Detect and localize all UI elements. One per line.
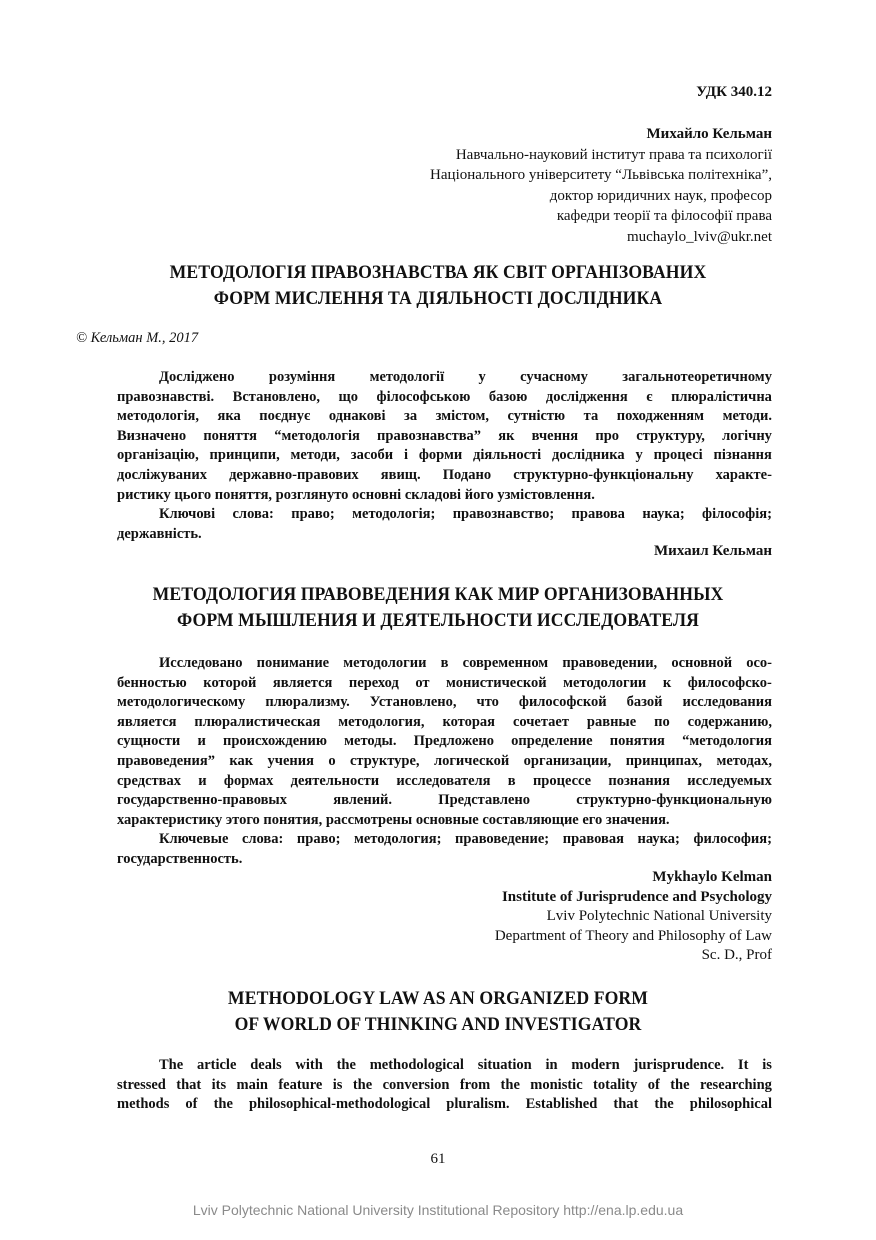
- abstract-line: сущностиипроисхождениюметоды.Предложеноо…: [117, 732, 772, 752]
- affiliation-line: Lviv Polytechnic National University: [495, 907, 772, 927]
- udc-code: УДК 340.12: [696, 84, 772, 101]
- abstract-line: досліжуванихдержавно-правовихявищ.Подано…: [117, 466, 772, 486]
- title-ru: МЕТОДОЛОГИЯ ПРАВОВЕДЕНИЯ КАК МИР ОРГАНИЗ…: [31, 582, 846, 634]
- abstract-ua: Дослідженорозумінняметодологіїусучасному…: [117, 368, 772, 544]
- author-email[interactable]: muchaylo_lviv@ukr.net: [430, 227, 772, 248]
- title-line: МЕТОДОЛОГІЯ ПРАВОЗНАВСТВА ЯК СВІТ ОРГАНІ…: [31, 260, 846, 286]
- page-number: 61: [0, 1151, 876, 1168]
- abstract-line: правознавстві.Встановлено,щофілософською…: [117, 388, 772, 408]
- title-line: ФОРМ МЫШЛЕНИЯ И ДЕЯТЕЛЬНОСТИ ИССЛЕДОВАТЕ…: [31, 608, 846, 634]
- abstract-line: правоведения”какученияоструктуре,логичес…: [117, 752, 772, 772]
- affiliation-line: Department of Theory and Philosophy of L…: [495, 927, 772, 947]
- keywords-line: Ключевыеслова:право;методология;правовед…: [117, 830, 772, 850]
- abstract-line: характеристику этого понятия, рассмотрен…: [117, 811, 772, 831]
- institute-en: Institute of Jurisprudence and Psycholog…: [495, 888, 772, 908]
- author-name-en: Mykhaylo Kelman: [495, 868, 772, 888]
- affiliation-line: Sc. D., Prof: [495, 946, 772, 966]
- abstract-line: являетсяплюралистическаяметодология,кото…: [117, 713, 772, 733]
- title-line: OF WORLD OF THINKING AND INVESTIGATOR: [31, 1012, 846, 1038]
- abstract-line: methodsofthephilosophical-methodological…: [117, 1095, 772, 1115]
- title-line: METHODOLOGY LAW AS AN ORGANIZED FORM: [31, 986, 846, 1012]
- affiliation-line: Навчально-науковий інститут права та пси…: [430, 145, 772, 166]
- title-line: МЕТОДОЛОГИЯ ПРАВОВЕДЕНИЯ КАК МИР ОРГАНИЗ…: [31, 582, 846, 608]
- abstract-line: організацію,принципи,методи,засобиіформи…: [117, 446, 772, 466]
- abstract-ru: Исследованопониманиеметодологиивсовремен…: [117, 654, 772, 870]
- abstract-line: Визначенопоняття“методологіяправознавств…: [117, 427, 772, 447]
- author-affiliation-ua: Михайло Кельман Навчально-науковий інсти…: [430, 124, 772, 247]
- keywords-line: державність.: [117, 525, 772, 545]
- affiliation-line: кафедри теорії та філософії права: [430, 206, 772, 227]
- title-ua: МЕТОДОЛОГІЯ ПРАВОЗНАВСТВА ЯК СВІТ ОРГАНІ…: [31, 260, 846, 312]
- title-en: METHODOLOGY LAW AS AN ORGANIZED FORM OF …: [31, 986, 846, 1038]
- repository-footer[interactable]: Lviv Polytechnic National University Ins…: [0, 1202, 876, 1218]
- abstract-line: Дослідженорозумінняметодологіїусучасному…: [117, 368, 772, 388]
- affiliation-line: доктор юридичних наук, професор: [430, 186, 772, 207]
- abstract-line: бенностьюкоторойявляетсяпереходотмонисти…: [117, 674, 772, 694]
- abstract-line: государственно-правовыхявлений.Представл…: [117, 791, 772, 811]
- copyright-notice: © Кельман М., 2017: [76, 330, 198, 347]
- abstract-line: stressedthatitsmainfeatureistheconversio…: [117, 1076, 772, 1096]
- author-name-ua: Михайло Кельман: [430, 124, 772, 145]
- abstract-line: Исследованопониманиеметодологиивсовремен…: [117, 654, 772, 674]
- keywords-line: Ключовіслова:право;методологія;правознав…: [117, 505, 772, 525]
- abstract-line: методологія,якапоєднуєоднаковізазмістом,…: [117, 407, 772, 427]
- abstract-en: Thearticledealswiththemethodologicalsitu…: [117, 1056, 772, 1115]
- abstract-line: ристику цього поняття, розглянуто основн…: [117, 486, 772, 506]
- abstract-line: Thearticledealswiththemethodologicalsitu…: [117, 1056, 772, 1076]
- author-name-ru: Михаил Кельман: [654, 543, 772, 560]
- keywords-line: государственность.: [117, 850, 772, 870]
- title-line: ФОРМ МИСЛЕННЯ ТА ДІЯЛЬНОСТІ ДОСЛІДНИКА: [31, 286, 846, 312]
- abstract-line: средствахиформахдеятельностиисследовател…: [117, 772, 772, 792]
- abstract-line: методологическомуплюрализму.Установлено,…: [117, 693, 772, 713]
- author-affiliation-en: Mykhaylo Kelman Institute of Jurispruden…: [495, 868, 772, 966]
- affiliation-line: Національного університету “Львівська по…: [430, 165, 772, 186]
